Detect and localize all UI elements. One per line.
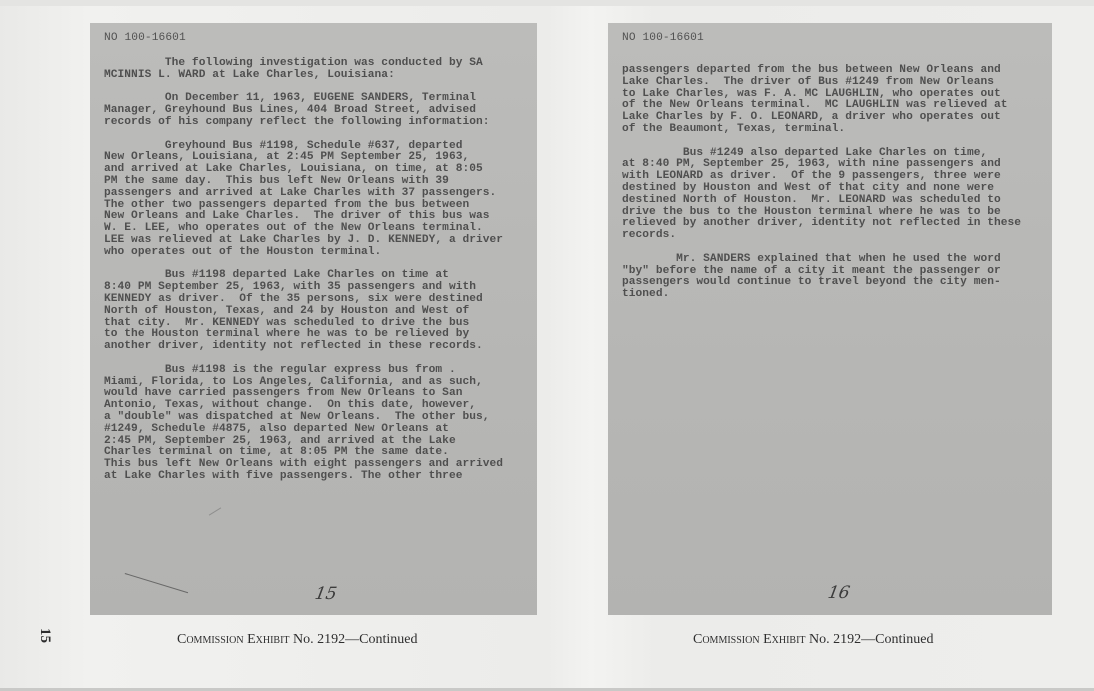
paragraph: Bus #1198 departed Lake Charles on time … [104,270,527,353]
pen-stroke-mark [124,573,188,596]
pen-stroke-mark [209,507,221,515]
text-line: LEE was relieved at Lake Charles by J. D… [104,235,527,247]
text-line: PM the same day. This bus left New Orlea… [104,176,527,188]
text-line: MCINNIS L. WARD at Lake Charles, Louisia… [104,70,527,82]
text-line: #1249, Schedule #4875, also departed New… [104,424,527,436]
book-page-number: 15 [36,628,53,643]
paragraph: The following investigation was conducte… [104,58,527,82]
paragraph: Mr. SANDERS explained that when he used … [622,254,1042,301]
exhibit-caption: Commission Exhibit No. 2192—Continued [177,632,417,648]
caption-prefix: Commission Exhibit [693,632,806,647]
text-line: a "double" was dispatched at New Orleans… [104,412,527,424]
caption-suffix: No. 2192—Continued [806,632,934,647]
caption-prefix: Commission Exhibit [177,632,290,647]
paragraph: On December 11, 1963, EUGENE SANDERS, Te… [104,93,527,128]
paragraph: passengers departed from the bus between… [622,65,1042,136]
paragraph: Bus #1249 also departed Lake Charles on … [622,148,1042,242]
handwritten-page-number: 15 [313,584,338,604]
text-line: at Lake Charles with five passengers. Th… [104,471,527,483]
typed-page-left: NO 100-16601 The following investigation… [90,23,537,615]
text-line: Bus #1198 is the regular express bus fro… [104,365,527,377]
paragraph: Bus #1198 is the regular express bus fro… [104,365,527,483]
text-line: passengers and arrived at Lake Charles w… [104,188,527,200]
text-line: of the Beaumont, Texas, terminal. [622,124,1042,136]
exhibit-caption: Commission Exhibit No. 2192—Continued [693,632,933,648]
page-body-text: passengers departed from the bus between… [622,65,1042,313]
text-line: passengers would continue to travel beyo… [622,277,1042,289]
text-line: another driver, identity not reflected i… [104,341,527,353]
paragraph: Greyhound Bus #1198, Schedule #637, depa… [104,141,527,259]
text-line: relieved by another driver, identity not… [622,218,1042,230]
top-edge [0,0,1094,6]
text-line: Mr. SANDERS explained that when he used … [622,254,1042,266]
handwritten-page-number: 16 [826,583,851,603]
typed-page-right: NO 100-16601 passengers departed from th… [608,23,1052,615]
text-line: records of his company reflect the follo… [104,117,527,129]
file-number: NO 100-16601 [622,32,704,44]
page-body-text: The following investigation was conducte… [104,58,527,494]
text-line: records. [622,230,1042,242]
text-line: North of Houston, Texas, and 24 by Houst… [104,306,527,318]
file-number: NO 100-16601 [104,32,186,44]
text-line: who operates out of the Houston terminal… [104,247,527,259]
text-line: tioned. [622,289,1042,301]
text-line: Lake Charles. The driver of Bus #1249 fr… [622,77,1042,89]
caption-suffix: No. 2192—Continued [290,632,418,647]
text-line: destined North of Houston. Mr. LEONARD w… [622,195,1042,207]
text-line: KENNEDY as driver. Of the 35 persons, si… [104,294,527,306]
text-line: destined by Houston and West of that cit… [622,183,1042,195]
